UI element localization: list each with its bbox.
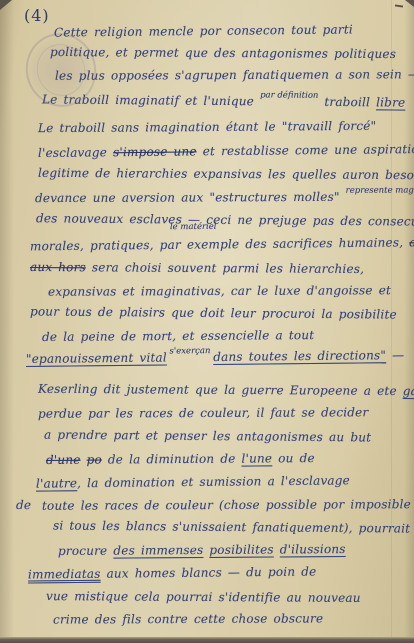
manuscript-line: les plus opposées s'agrupen fanatiquemen… [55,67,414,83]
manuscript-line: morales, pratiques, par exemple des sacr… [30,235,414,254]
manuscript-line: toute les races de couleur (chose possib… [42,497,411,513]
manuscript-line: de la peine de mort, et essencielle a to… [42,328,314,344]
manuscript-line: politique, et permet que des antagonisme… [50,45,396,61]
handwritten-text: devance une aversion aux "estructures mo… [35,190,346,205]
handwritten-text: , la domination et sumission a l'esclava… [77,473,350,490]
manuscript-line: devance une aversion aux "estructures mo… [35,189,414,207]
manuscript-line: si tous les blancs s'unissaient fanatiqu… [53,518,410,535]
manuscript-line: crime des fils contre cette chose obscur… [53,611,323,626]
handwritten-text: l'esclavage [38,145,113,160]
handwritten-text: pour tous de plaisirs que doit leur proc… [30,304,397,321]
manuscript-line: legitime de hierarchies expansivas les q… [38,166,414,182]
manuscript-line: l'esclavage s'impose une et restablisse … [38,142,414,160]
handwritten-text: les plus opposées s'agrupen fanatiquemen… [55,67,414,83]
handwritten-text: morales, pratiques, par exemple des sacr… [30,235,409,253]
handwritten-text: posibilites [209,542,273,556]
manuscript-line: Cette religion mencle por consecon tout … [54,22,353,39]
photo-corner-top-right [405,0,414,7]
inserted-text: s'exerçan [167,346,213,356]
manuscript-line: "epanouissement vital s'exerçan dans tou… [26,348,404,368]
handwritten-text: des immenses [113,543,203,558]
handwritten-text: Keserling dit justement que la guerre Eu… [38,382,403,398]
handwritten-text: Le traboill sans imagination étant le "t… [38,119,376,135]
handwritten-text: des nouveaux esclaves — ceci ne prejuge … [36,211,414,229]
photo-corner-top-left [0,0,12,10]
handwritten-text: "epanouissement vital [26,351,167,366]
manuscript-line: Le traboill sans imagination étant le "t… [38,119,376,135]
manuscript-line: aux hors sera choisi souvent parmi les h… [30,260,364,276]
manuscript-line: pour tous de plaisirs que doit leur proc… [30,304,397,321]
paper-edge-shadow-left [0,0,14,643]
handwritten-text: perdue par les races de couleur, il faut… [38,405,368,420]
handwritten-text: traboill [318,95,376,110]
manuscript-line: d'une po de la diminution de l'une ou de [46,451,315,467]
manuscript-line: perdue par les races de couleur, il faut… [38,405,368,420]
struck-out-text: d'une [46,453,81,467]
handwritten-text: aux homes blancs — du poin de [100,564,316,580]
margin-word: de [16,498,31,512]
handwritten-text: dans toutes les directions" [213,348,386,364]
manuscript-line: immediatas aux homes blancs — du poin de [28,564,317,581]
handwritten-text: Le traboill imaginatif et l'unique [42,92,260,108]
handwritten-text: si tous les blancs s'unissaient fanatiqu… [53,518,410,535]
handwritten-text: expansivas et imaginativas, car le luxe … [48,283,391,298]
handwritten-text: Cette religion mencle por consecon tout … [54,22,353,39]
handwritten-text: politique, et permet que des antagonisme… [50,45,396,61]
handwritten-text: ou de [272,451,315,465]
handwritten-text: immediatas [28,567,101,582]
handwritten-text: procure [58,544,113,558]
inserted-text: par définition [260,90,318,101]
handwritten-text: crime des fils contre cette chose obscur… [53,611,323,626]
handwritten-text: de [16,498,31,512]
handwritten-text: et restablisse come une aspiration [197,142,414,158]
paper-edge-shadow-right [404,0,414,643]
handwritten-text: — [386,348,404,362]
handwritten-text: d'ilussions [280,542,346,556]
manuscript-line: a prendre part et penser les antagonisme… [44,428,371,445]
handwritten-text: vue mistique cela pourrai s'identifie au… [46,589,361,605]
manuscript-line: procure des immenses posibilites d'iluss… [58,542,346,558]
page-number: (4) [24,6,50,25]
struck-out-text: s'impose une [113,144,197,159]
manuscript-line: vue mistique cela pourrai s'identifie au… [46,589,361,605]
handwritten-text: legitime de hierarchies expansivas les q… [38,166,414,182]
struck-out-text: po [87,453,102,467]
manuscript-line: des nouveaux esclaves — ceci ne prejuge … [36,211,414,229]
handwritten-text: l'autre [36,476,77,490]
ink-speck [395,4,403,7]
handwritten-text: l'une [241,451,272,465]
handwritten-text: de la peine de mort, et essencielle a to… [42,328,314,344]
handwritten-text: de la diminution de [102,452,242,467]
manuscript-line: Le traboill imaginatif et l'unique par d… [42,92,405,111]
paper-edge-bottom [0,637,414,643]
handwritten-text: toute les races de couleur (chose possib… [42,497,411,513]
struck-out-text: aux hors [30,260,86,274]
handwritten-text: a prendre part et penser les antagonisme… [44,428,371,445]
manuscript-line: l'autre, la domination et sumission a l'… [36,473,350,490]
paper-crease [391,0,392,643]
handwritten-text: sera choisi souvent parmi les hierarchie… [86,260,364,276]
manuscript-photo: (4) Cette religion mencle por consecon t… [0,0,414,643]
inserted-text: le matériel [170,222,217,232]
manuscript-line: expansivas et imaginativas, car le luxe … [48,283,391,298]
manuscript-line: Keserling dit justement que la guerre Eu… [38,382,414,398]
